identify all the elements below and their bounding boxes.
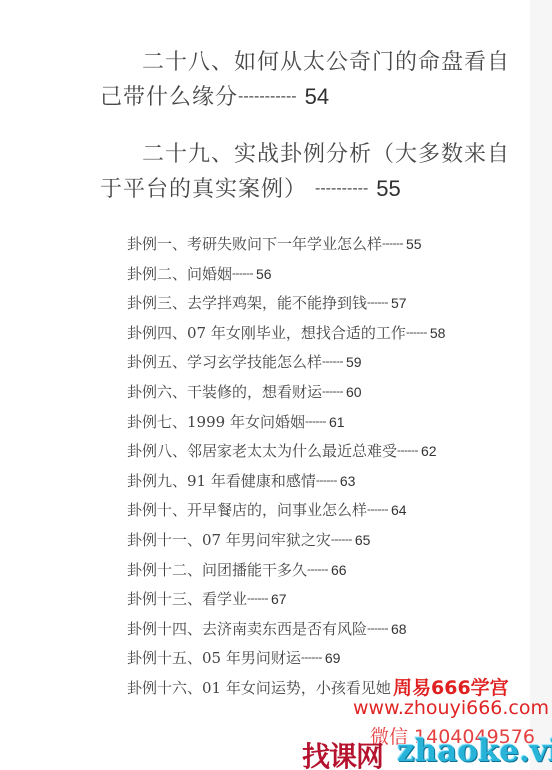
- dot-leader: ------: [247, 591, 268, 605]
- toc-title: 卦例七、1999 年女问婚姻: [127, 413, 305, 431]
- toc-item[interactable]: 卦例一、考研失败问下一年学业怎么样------55: [127, 231, 527, 261]
- toc-title: 卦例八、邻居家老太太为什么最近总难受: [127, 442, 397, 460]
- page-number: 62: [421, 443, 437, 459]
- dot-leader: ------: [367, 621, 388, 635]
- heading-line-1: 二十九、实战卦例分析（大多数来自: [100, 138, 500, 172]
- dot-leader: ------: [331, 532, 352, 546]
- heading-text: 于平台的真实案例）: [100, 177, 307, 202]
- toc-item[interactable]: 卦例九、91 年看健康和感情------63: [127, 468, 527, 498]
- dot-leader: ------: [382, 236, 403, 250]
- page-number: 61: [329, 414, 345, 430]
- toc-list: 卦例一、考研失败问下一年学业怎么样------55 卦例二、问婚姻------5…: [127, 231, 527, 705]
- toc-item[interactable]: 卦例五、学习玄学技能怎么样------59: [127, 349, 527, 379]
- toc-item[interactable]: 卦例十二、问团播能干多久------66: [127, 557, 527, 587]
- page-number: 55: [406, 236, 422, 252]
- toc-title: 卦例四、07 年女刚毕业，想找合适的工作: [127, 324, 406, 342]
- dot-leader: ------: [367, 295, 388, 309]
- heading-line-1: 二十八、如何从太公奇门的命盘看自: [100, 46, 500, 80]
- page-number: 58: [430, 325, 446, 341]
- watermark-url: www.zhouyi666.com: [353, 697, 549, 719]
- page-number: 63: [340, 473, 356, 489]
- page-number: 57: [391, 295, 407, 311]
- toc-title: 卦例二、问婚姻: [127, 265, 232, 283]
- page-number: 68: [391, 621, 407, 637]
- page-number: 66: [331, 562, 347, 578]
- dot-leader: ------: [307, 562, 328, 576]
- page-number: 67: [271, 591, 287, 607]
- toc-title: 卦例十三、看学业: [127, 590, 247, 608]
- toc-title: 卦例五、学习玄学技能怎么样: [127, 353, 322, 371]
- section-heading-28: 二十八、如何从太公奇门的命盘看自 己带什么缘分----------- 54: [100, 46, 500, 115]
- toc-item[interactable]: 卦例六、干装修的，想看财运------60: [127, 379, 527, 409]
- page-number: 64: [391, 502, 407, 518]
- toc-title: 卦例六、干装修的，想看财运: [127, 383, 322, 401]
- dot-leader: ------: [322, 384, 343, 398]
- dot-leader: ------: [322, 354, 343, 368]
- toc-title: 卦例十五、05 年男问财运: [127, 649, 301, 667]
- heading-text: 己带什么缘分: [100, 85, 238, 110]
- dot-leader: -----------: [238, 88, 297, 105]
- toc-title: 卦例十二、问团播能干多久: [127, 561, 307, 579]
- page-number: 56: [256, 266, 272, 282]
- watermark-title: 周易666学宫: [393, 673, 509, 700]
- toc-title: 卦例九、91 年看健康和感情: [127, 472, 316, 490]
- page-number: 60: [346, 384, 362, 400]
- toc-title: 卦例十六、01 年女问运势，小孩看见她: [127, 679, 391, 697]
- page-edge-shadow: [530, 0, 552, 770]
- dot-leader: ------: [406, 325, 427, 339]
- toc-item[interactable]: 卦例七、1999 年女问婚姻------61: [127, 409, 527, 439]
- dot-leader: ------: [397, 443, 418, 457]
- toc-item[interactable]: 卦例二、问婚姻------56: [127, 261, 527, 291]
- toc-item[interactable]: 卦例十、开早餐店的，问事业怎么样------64: [127, 497, 527, 527]
- heading-line-2: 己带什么缘分----------- 54: [100, 80, 500, 115]
- dot-leader: ------: [301, 650, 322, 664]
- page-number: 69: [325, 650, 341, 666]
- section-heading-29: 二十九、实战卦例分析（大多数来自 于平台的真实案例） ---------- 55: [100, 138, 500, 207]
- page-number: 59: [346, 354, 362, 370]
- page-number: 55: [376, 176, 400, 201]
- toc-item[interactable]: 卦例十四、去济南卖东西是否有风险------68: [127, 616, 527, 646]
- dot-leader: ------: [316, 473, 337, 487]
- watermark-site-url: zhaoke.vip: [397, 733, 552, 769]
- toc-item[interactable]: 卦例十三、看学业------67: [127, 586, 527, 616]
- page-number: 65: [355, 532, 371, 548]
- toc-title: 卦例十、开早餐店的，问事业怎么样: [127, 501, 367, 519]
- dot-leader: ----------: [315, 180, 368, 197]
- toc-item[interactable]: 卦例三、去学拌鸡架，能不能挣到钱------57: [127, 290, 527, 320]
- toc-title: 卦例十四、去济南卖东西是否有风险: [127, 620, 367, 638]
- dot-leader: ------: [305, 414, 326, 428]
- toc-item[interactable]: 卦例十一、07 年男问牢狱之灾------65: [127, 527, 527, 557]
- toc-title: 卦例十一、07 年男问牢狱之灾: [127, 531, 331, 549]
- toc-title: 卦例三、去学拌鸡架，能不能挣到钱: [127, 294, 367, 312]
- heading-line-2: 于平台的真实案例） ---------- 55: [100, 172, 500, 207]
- dot-leader: ------: [232, 266, 253, 280]
- toc-item[interactable]: 卦例八、邻居家老太太为什么最近总难受------62: [127, 438, 527, 468]
- toc-item[interactable]: 卦例十五、05 年男问财运------69: [127, 645, 527, 675]
- watermark-site-cn: 找课网: [302, 735, 383, 770]
- page-number: 54: [305, 84, 329, 109]
- dot-leader: ------: [367, 502, 388, 516]
- toc-item[interactable]: 卦例四、07 年女刚毕业，想找合适的工作------58: [127, 320, 527, 350]
- toc-title: 卦例一、考研失败问下一年学业怎么样: [127, 235, 382, 253]
